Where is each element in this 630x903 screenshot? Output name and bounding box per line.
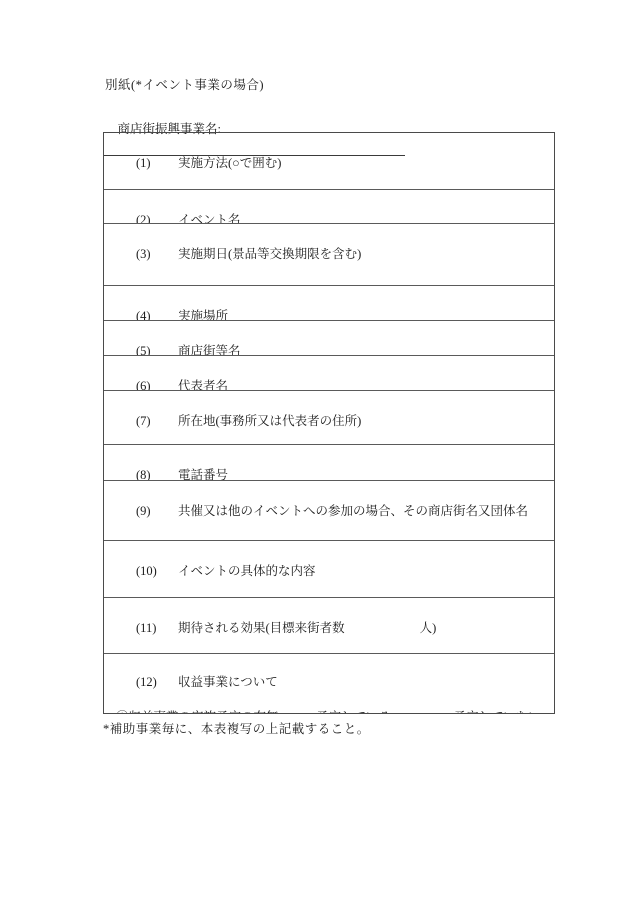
row-title: イベントの具体的な内容 (178, 564, 316, 578)
table-row-7: (7)所在地(事務所又は代表者の住所) (104, 390, 554, 444)
form-table: (1)実施方法(○で囲む) イベントを主催 ・ 他の商店街と共催 ・ 他のイベン… (103, 132, 555, 714)
row-number: (10) (136, 563, 178, 580)
table-row-8: (8)電話番号 (104, 444, 554, 480)
row-sub-item-1: ①収益事業の実施予定の有無 予定している ・ 予定していない (116, 708, 548, 713)
table-row-3: (3)実施期日(景品等交換期限を含む) 年 月 日 から 年 月 日まで (104, 223, 554, 285)
table-row-10: (10)イベントの具体的な内容 (104, 540, 554, 597)
table-row-11: (11)期待される効果(目標来街者数 人) (104, 597, 554, 653)
row-title: 電話番号 (178, 468, 228, 480)
document-page: 別紙(*イベント事業の場合) 商店街振興事業名: (1)実施方法(○で囲む) イ… (0, 0, 630, 903)
row-title: 所在地(事務所又は代表者の住所) (178, 414, 361, 428)
row-number: (3) (136, 246, 178, 263)
row-number: (9) (136, 503, 178, 520)
row-title: 代表者名 (178, 379, 228, 390)
row-number: (4) (136, 308, 178, 320)
row-number: (2) (136, 212, 178, 223)
row-number: (8) (136, 467, 178, 480)
table-row-12: (12)収益事業について ①収益事業の実施予定の有無 予定している ・ 予定して… (104, 653, 554, 713)
row-number: (12) (136, 674, 178, 691)
row-title: 期待される効果(目標来街者数 人) (178, 621, 436, 635)
page-title: 別紙(*イベント事業の場合) (105, 75, 264, 93)
table-row-2: (2)イベント名 (104, 189, 554, 223)
footer-note: *補助事業毎に、本表複写の上記載すること。 (103, 719, 370, 737)
table-row-4: (4)実施場所 (104, 285, 554, 320)
row-title: 実施期日(景品等交換期限を含む) (178, 247, 361, 261)
table-row-1: (1)実施方法(○で囲む) イベントを主催 ・ 他の商店街と共催 ・ 他のイベン… (104, 133, 554, 189)
row-title: 収益事業について (178, 675, 278, 689)
table-row-5: (5)商店街等名 (104, 320, 554, 355)
row-title: 商店街等名 (178, 344, 241, 355)
row-number: (6) (136, 378, 178, 390)
row-number: (11) (136, 620, 178, 637)
row-title: 実施方法(○で囲む) (178, 156, 281, 170)
row-number: (1) (136, 155, 178, 172)
row-number: (5) (136, 343, 178, 355)
row-title: 実施場所 (178, 309, 228, 320)
table-row-9: (9)共催又は他のイベントへの参加の場合、その商店街名又団体名 (104, 480, 554, 540)
row-title: イベント名 (178, 213, 241, 223)
row-number: (7) (136, 413, 178, 430)
row-title: 共催又は他のイベントへの参加の場合、その商店街名又団体名 (178, 504, 528, 518)
table-row-6: (6)代表者名 (104, 355, 554, 390)
